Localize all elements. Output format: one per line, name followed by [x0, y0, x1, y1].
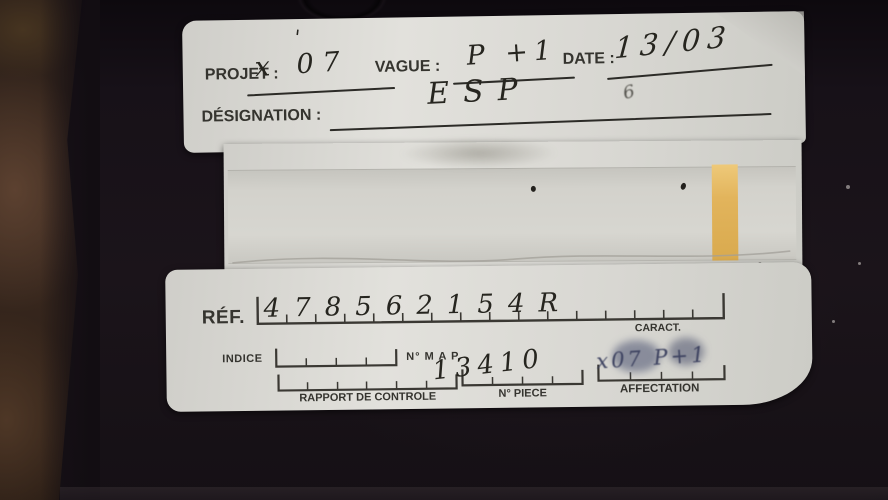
reference-form-sticker: RÉF. 478562154R CARACT. INDICE N° M A P …	[165, 262, 813, 412]
rapport-label: RAPPORT DE CONTROLE	[269, 390, 467, 404]
dust-speck	[858, 262, 861, 265]
pen-tick-mark: '	[293, 25, 301, 49]
vague-value: P +1	[466, 35, 558, 72]
date-underline	[607, 64, 773, 80]
caract-label: CARACT.	[616, 321, 700, 334]
affectation-label: AFFECTATION	[593, 382, 727, 396]
dirt-speck	[531, 186, 536, 192]
surface-bottom-edge	[60, 487, 888, 500]
photo-scene: PROJET : ' x 07 VAGUE : P +1 DATE : 13/0…	[0, 0, 888, 500]
paper-crease-line	[224, 140, 803, 277]
rust-shadow-fade	[40, 0, 100, 500]
dust-speck	[846, 185, 850, 189]
ref-value: 478562154R	[263, 288, 572, 324]
vague-label: VAGUE :	[375, 58, 441, 77]
blank-label-area	[224, 140, 803, 277]
designation-value: ESP	[426, 72, 532, 112]
date-label: DATE :	[563, 50, 615, 69]
projet-underline	[247, 87, 395, 96]
designation-scribble: 6	[621, 81, 637, 104]
date-value: 13/03	[613, 19, 733, 66]
rapport-comb	[278, 372, 456, 390]
designation-label: DÉSIGNATION :	[201, 107, 321, 127]
designation-underline	[330, 113, 772, 131]
indice-comb	[276, 347, 396, 366]
indice-label: INDICE	[222, 353, 262, 365]
piece-label: N° PIECE	[465, 387, 581, 400]
projet-value: x 07	[254, 46, 350, 83]
dust-speck	[832, 320, 835, 323]
ref-label: RÉF.	[202, 307, 245, 330]
